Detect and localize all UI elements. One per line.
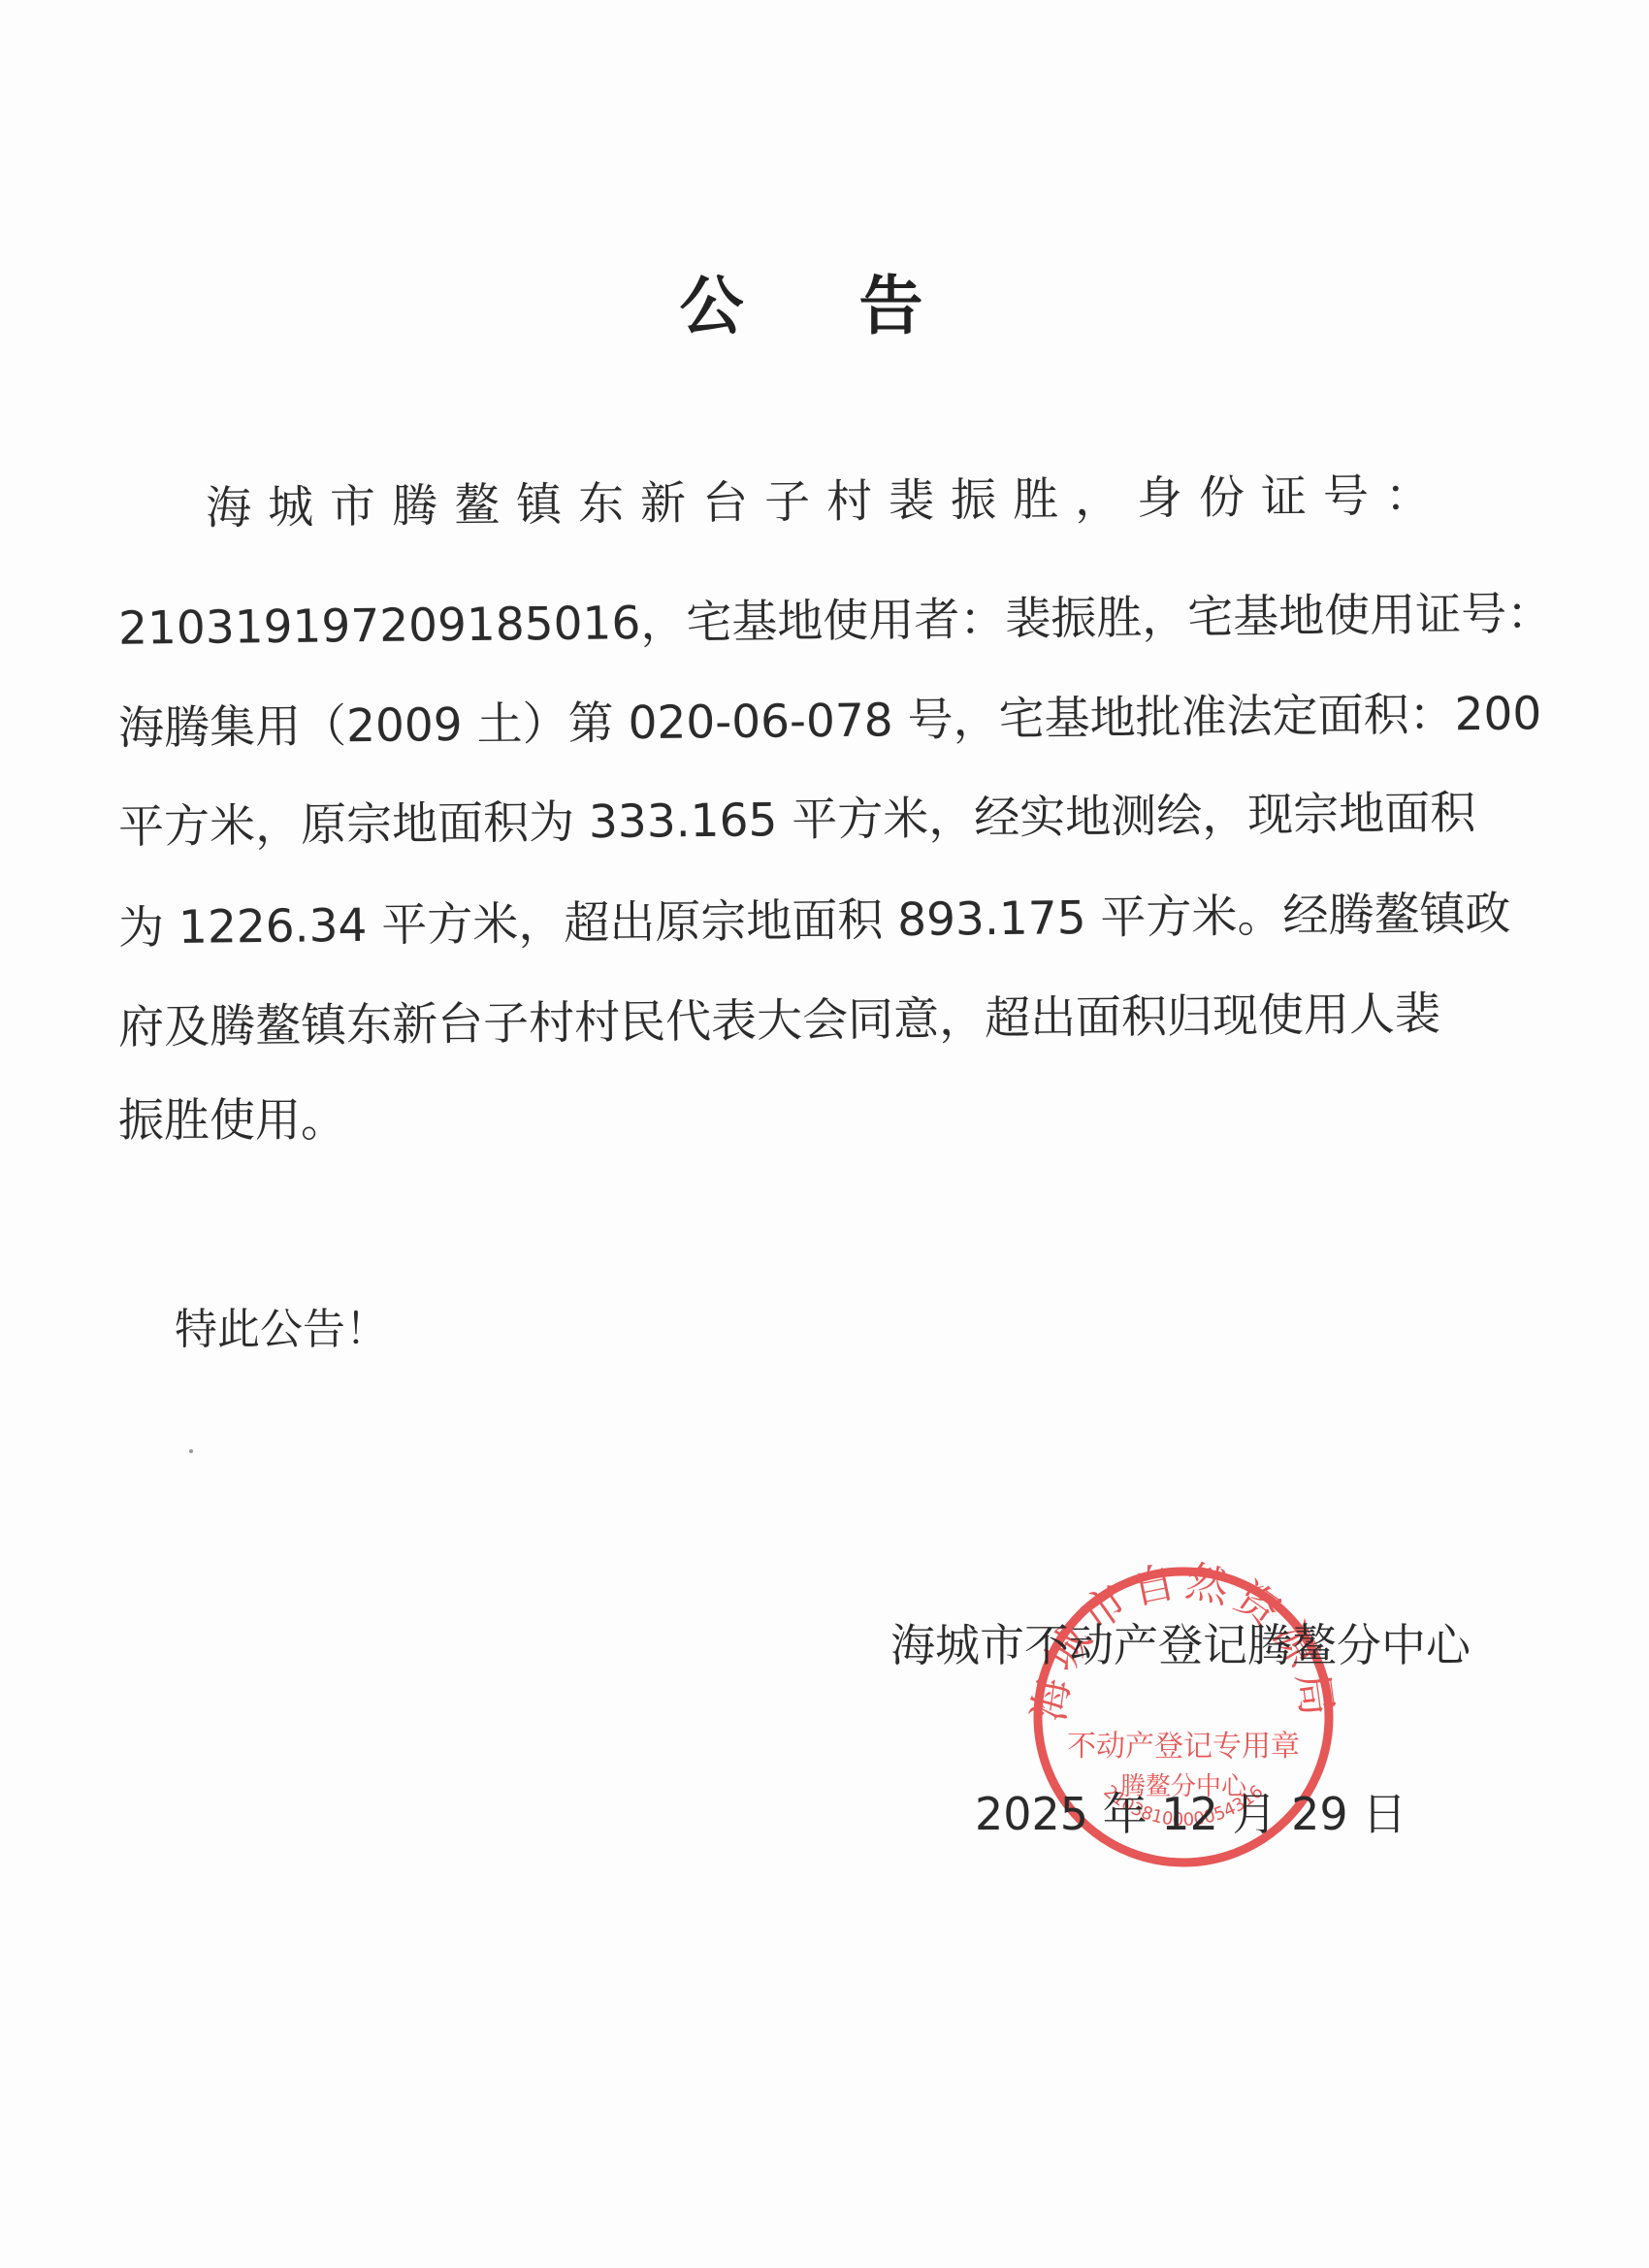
body-line-5: 为 1226.34 平方米，超出原宗地面积 893.175 平方米。经腾鳌镇政 xyxy=(118,877,1511,956)
notice-page: 公 告 海城市腾鳌镇东新台子村裴振胜，身份证号： 210319197209185… xyxy=(0,0,1649,2268)
body-line-3: 海腾集用（2009 土）第 020-06-078 号，宅基地批准法定面积：200 xyxy=(118,677,1542,757)
body-line-6: 府及腾鳌镇东新台子村村民代表大会同意，超出面积归现使用人裴 xyxy=(118,978,1441,1056)
issue-date: 2025 年 12 月 29 日 xyxy=(975,1779,1406,1843)
closing-phrase: 特此公告！ xyxy=(175,1294,388,1356)
body-line-7: 振胜使用。 xyxy=(118,1085,346,1150)
seal-center-text: 不动产登记专用章 xyxy=(1067,1730,1300,1764)
page-title: 公 告 xyxy=(0,254,1649,346)
body-line-1: 海城市腾鳌镇东新台子村裴振胜，身份证号： xyxy=(206,459,1448,536)
scan-speck xyxy=(189,1449,193,1453)
body-line-4: 平方米，原宗地面积为 333.165 平方米，经实地测绘，现宗地面积 xyxy=(118,777,1476,857)
issuer-name: 海城市不动产登记腾鳌分中心 xyxy=(890,1610,1471,1674)
body-line-2: 210319197209185016，宅基地使用者：裴振胜，宅基地使用证号： xyxy=(118,577,1553,657)
